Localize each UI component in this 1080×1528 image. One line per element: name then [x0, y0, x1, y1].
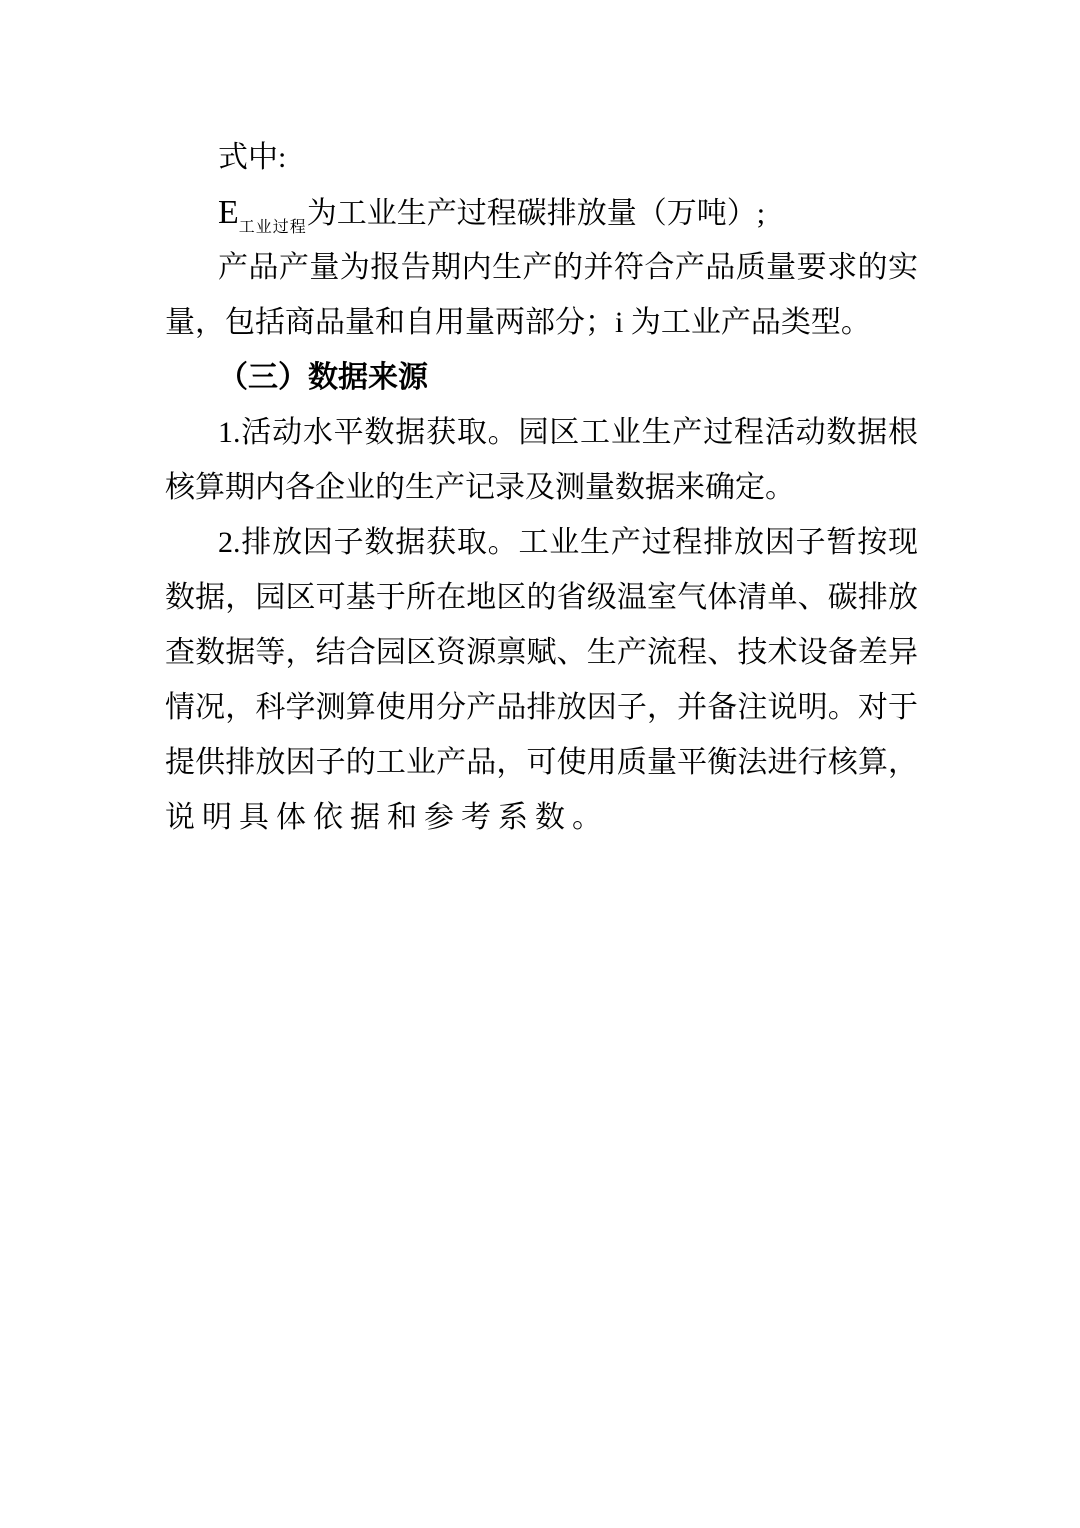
paragraph-emission-factor-line-3: 查数据等，结合园区资源禀赋、生产流程、技术设备差异等	[165, 625, 918, 680]
paragraph-product-quantity-line-2: 量，包括商品量和自用量两部分；i 为工业产品类型。	[165, 295, 918, 350]
paragraph-product-quantity-line-1: 产品产量为报告期内生产的并符合产品质量要求的实物	[165, 240, 918, 295]
formula-subscript: 工业过程	[239, 219, 307, 236]
paragraph-activity-data-line-1: 1.活动水平数据获取。园区工业生产过程活动数据根据	[165, 405, 918, 460]
paragraph-emission-factor-line-1: 2.排放因子数据获取。工业生产过程排放因子暂按现有	[165, 515, 918, 570]
paragraph-emission-factor-line-5: 提供排放因子的工业产品，可使用质量平衡法进行核算，须	[165, 735, 918, 790]
formula-definition-line: E工业过程为工业生产过程碳排放量（万吨）;	[165, 185, 918, 240]
paragraph-emission-factor-line-4: 情况，科学测算使用分产品排放因子，并备注说明。对于未	[165, 680, 918, 735]
paragraph-emission-factor-line-6: 说明具体依据和参考系数。	[165, 790, 918, 845]
section-heading-data-sources: （三）数据来源	[165, 350, 918, 405]
paragraph-activity-data-line-2: 核算期内各企业的生产记录及测量数据来确定。	[165, 460, 918, 515]
formula-symbol: E	[218, 194, 239, 231]
formula-intro-line: 式中:	[165, 130, 918, 185]
document-content: 式中: E工业过程为工业生产过程碳排放量（万吨）; 产品产量为报告期内生产的并符…	[165, 130, 918, 845]
formula-description: 为工业生产过程碳排放量（万吨）;	[307, 197, 765, 230]
document-page: 式中: E工业过程为工业生产过程碳排放量（万吨）; 产品产量为报告期内生产的并符…	[0, 0, 1080, 1528]
paragraph-emission-factor-line-2: 数据，园区可基于所在地区的省级温室气体清单、碳排放核	[165, 570, 918, 625]
